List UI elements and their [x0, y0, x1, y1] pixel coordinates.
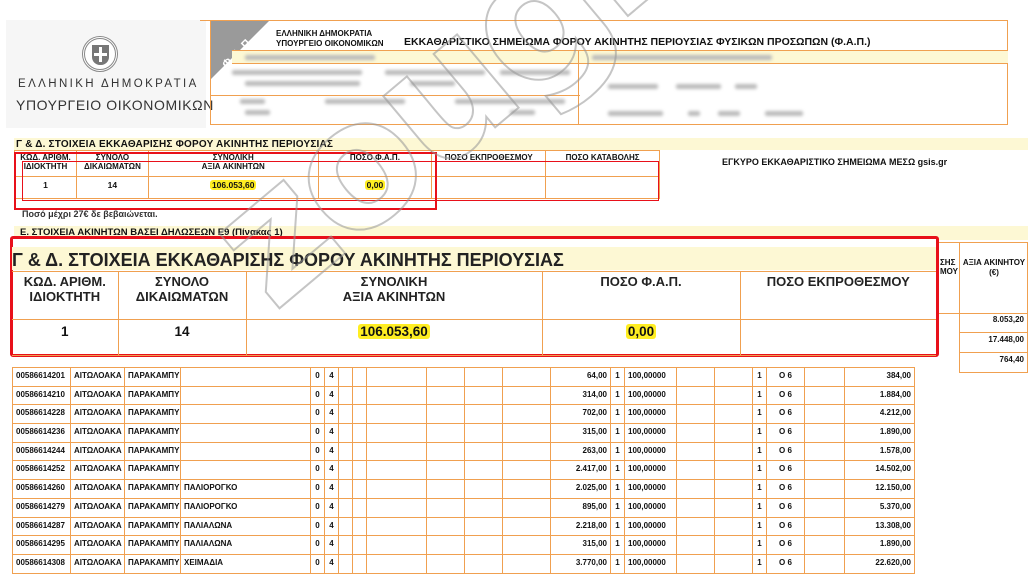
- redacted-field: [410, 81, 455, 86]
- empty-cell: [465, 368, 503, 387]
- redacted-field: [765, 111, 803, 116]
- empty-cell: [715, 368, 753, 387]
- zone: Ο 6: [767, 424, 805, 443]
- property-code: 00586614201: [13, 368, 71, 387]
- zone: Ο 6: [767, 405, 805, 424]
- municipality: ΠΑΡΑΚΑΜΠΥ: [125, 554, 181, 573]
- property-code: 00586614287: [13, 517, 71, 536]
- field-n2: 1: [753, 517, 767, 536]
- area: 2.025,00: [551, 480, 611, 499]
- empty-cell: [503, 368, 551, 387]
- empty-cell: [805, 554, 845, 573]
- field-n2: 1: [753, 442, 767, 461]
- empty-cell: [503, 424, 551, 443]
- empty-cell: [465, 386, 503, 405]
- properties-table: 00586614201ΑΙΤΩΛΟΑΚΑΠΑΡΑΚΑΜΠΥ0464,001100…: [12, 367, 915, 574]
- property-value: 13.308,00: [845, 517, 915, 536]
- empty-cell: [427, 480, 465, 499]
- field-a: 0: [311, 405, 325, 424]
- document-title: ΕΚΚΑΘΑΡΙΣΤΙΚΟ ΣΗΜΕΙΩΜΑ ΦΟΡΟΥ ΑΚΙΝΗΤΗΣ ΠΕ…: [404, 36, 871, 48]
- empty-cell: [465, 480, 503, 499]
- field-n2: 1: [753, 498, 767, 517]
- ownership-pct: 100,00000: [625, 461, 677, 480]
- valid-note: ΕΓΚΥΡΟ ΕΚΚΑΘΑΡΙΣΤΙΚΟ ΣΗΜΕΙΩΜΑ ΜΕΣΩ gsis.…: [722, 157, 947, 167]
- prefecture: ΑΙΤΩΛΟΑΚΑ: [71, 554, 125, 573]
- table-row: 00586614287ΑΙΤΩΛΟΑΚΑΠΑΡΑΚΑΜΠΥΠΑΛΙΑΛΩΝΑ04…: [13, 517, 915, 536]
- section-b-label-redacted: [592, 55, 772, 60]
- empty-cell: [677, 405, 715, 424]
- ownership-pct: 100,00000: [625, 405, 677, 424]
- empty-cell: [465, 424, 503, 443]
- top-values: 8.053,20 17.448,00 764,40: [938, 313, 1028, 373]
- table-row: 1 14 106.053,60 0,00: [12, 320, 936, 356]
- prefecture: ΑΙΤΩΛΟΑΚΑ: [71, 405, 125, 424]
- property-code: 00586614252: [13, 461, 71, 480]
- redacted-field: [500, 70, 570, 75]
- field-a: 0: [311, 517, 325, 536]
- prefecture: ΑΙΤΩΛΟΑΚΑ: [71, 536, 125, 555]
- field-n2: 1: [753, 536, 767, 555]
- table-row: 00586614210ΑΙΤΩΛΟΑΚΑΠΑΡΑΚΑΜΠΥ04314,00110…: [13, 386, 915, 405]
- empty-cell: [427, 368, 465, 387]
- logo-ministry-text: ΥΠΟΥΡΓΕΙΟ ΟΙΚΟΝΟΜΙΚΩΝ: [16, 97, 214, 113]
- field-b: 4: [325, 461, 339, 480]
- empty-cell: [503, 498, 551, 517]
- redacted-field: [240, 99, 265, 104]
- callout-settlement-table: ΚΩΔ. ΑΡΙΘΜ.ΙΔΙΟΚΤΗΤΗ ΣΥΝΟΛΟΔΙΚΑΙΩΜΑΤΩΝ Σ…: [12, 271, 936, 356]
- ownership-pct: 100,00000: [625, 386, 677, 405]
- empty-cell: [427, 424, 465, 443]
- field-n1: 1: [611, 517, 625, 536]
- table-row: 00586614308ΑΙΤΩΛΟΑΚΑΠΑΡΑΚΑΜΠΥΧΕΙΜΑΔΙΑ043…: [13, 554, 915, 573]
- ownership-pct: 100,00000: [625, 442, 677, 461]
- empty-cell: [677, 554, 715, 573]
- empty-cell: [805, 480, 845, 499]
- field-b: 4: [325, 498, 339, 517]
- area: 64,00: [551, 368, 611, 387]
- empty-cell: [465, 405, 503, 424]
- empty-cell: [677, 386, 715, 405]
- location: ΠΑΛΙΟΡΟΓΚΟ: [181, 480, 311, 499]
- empty-cell: [427, 536, 465, 555]
- empty-cell: [465, 536, 503, 555]
- empty-cell: [427, 498, 465, 517]
- empty-cell: [353, 461, 367, 480]
- redacted-field: [676, 84, 721, 89]
- zone: Ο 6: [767, 461, 805, 480]
- section-a-label-redacted: [245, 55, 375, 60]
- location: ΠΑΛΙΑΛΩΝΑ: [181, 536, 311, 555]
- empty-cell: [805, 442, 845, 461]
- field-b: 4: [325, 368, 339, 387]
- field-a: 0: [311, 442, 325, 461]
- field-a: 0: [311, 498, 325, 517]
- field-a: 0: [311, 424, 325, 443]
- field-n1: 1: [611, 405, 625, 424]
- empty-cell: [339, 424, 353, 443]
- empty-cell: [427, 405, 465, 424]
- table-row: 00586614279ΑΙΤΩΛΟΑΚΑΠΑΡΑΚΑΜΠΥΠΑΛΙΟΡΟΓΚΟ0…: [13, 498, 915, 517]
- municipality: ΠΑΡΑΚΑΜΠΥ: [125, 498, 181, 517]
- empty-cell: [367, 424, 427, 443]
- col-overdue-amount: ΠΟΣΟ ΕΚΠΡΟΘΕΣΜΟΥ: [740, 272, 936, 320]
- redacted-field: [510, 110, 535, 115]
- municipality: ΠΑΡΑΚΑΜΠΥ: [125, 536, 181, 555]
- area: 895,00: [551, 498, 611, 517]
- empty-cell: [503, 442, 551, 461]
- empty-cell: [715, 386, 753, 405]
- empty-cell: [339, 498, 353, 517]
- zone: Ο 6: [767, 368, 805, 387]
- field-n1: 1: [611, 424, 625, 443]
- empty-cell: [353, 517, 367, 536]
- zone: Ο 6: [767, 480, 805, 499]
- ownership-pct: 100,00000: [625, 498, 677, 517]
- field-n2: 1: [753, 386, 767, 405]
- empty-cell: [339, 368, 353, 387]
- col-property-value: ΑΞΙΑ ΑΚΙΝΗΤΟΥ (€): [961, 258, 1027, 278]
- empty-cell: [339, 442, 353, 461]
- empty-cell: [465, 442, 503, 461]
- property-value: 4.212,00: [845, 405, 915, 424]
- prefecture: ΑΙΤΩΛΟΑΚΑ: [71, 442, 125, 461]
- prefecture: ΑΙΤΩΛΟΑΚΑ: [71, 498, 125, 517]
- field-n1: 1: [611, 386, 625, 405]
- field-a: 0: [311, 461, 325, 480]
- field-n2: 1: [753, 368, 767, 387]
- empty-cell: [353, 368, 367, 387]
- zone: Ο 6: [767, 386, 805, 405]
- table-row: 00586614260ΑΙΤΩΛΟΑΚΑΠΑΡΑΚΑΜΠΥΠΑΛΙΟΡΟΓΚΟ0…: [13, 480, 915, 499]
- redacted-field: [245, 81, 360, 86]
- field-n1: 1: [611, 480, 625, 499]
- highlight-annotation: [22, 161, 659, 201]
- settlement-section-title: Γ & Δ. ΣΤΟΙΧΕΙΑ ΕΚΚΑΘΑΡΙΣΗΣ ΦΟΡΟΥ ΑΚΙΝΗΤ…: [16, 139, 333, 150]
- location: [181, 424, 311, 443]
- prefecture: ΑΙΤΩΛΟΑΚΑ: [71, 368, 125, 387]
- ownership-pct: 100,00000: [625, 368, 677, 387]
- empty-cell: [677, 480, 715, 499]
- field-n2: 1: [753, 480, 767, 499]
- empty-cell: [503, 405, 551, 424]
- empty-cell: [353, 442, 367, 461]
- location: [181, 461, 311, 480]
- property-value: 1.884,00: [845, 386, 915, 405]
- field-b: 4: [325, 517, 339, 536]
- field-b: 4: [325, 442, 339, 461]
- header-gov-line2: ΥΠΟΥΡΓΕΙΟ ΟΙΚΟΝΟΜΙΚΩΝ: [276, 39, 384, 49]
- fap-amount: 0,00: [626, 324, 656, 339]
- location: [181, 442, 311, 461]
- empty-cell: [465, 498, 503, 517]
- empty-cell: [339, 517, 353, 536]
- field-b: 4: [325, 536, 339, 555]
- prefecture: ΑΙΤΩΛΟΑΚΑ: [71, 480, 125, 499]
- empty-cell: [367, 442, 427, 461]
- empty-cell: [715, 442, 753, 461]
- area: 314,00: [551, 386, 611, 405]
- property-value: 14.502,00: [845, 461, 915, 480]
- property-value: 8.053,20: [959, 313, 1028, 333]
- property-code: 00586614236: [13, 424, 71, 443]
- empty-cell: [367, 517, 427, 536]
- empty-cell: [715, 554, 753, 573]
- field-b: 4: [325, 386, 339, 405]
- empty-cell: [715, 536, 753, 555]
- table-row: 00586614228ΑΙΤΩΛΟΑΚΑΠΑΡΑΚΑΜΠΥ04702,00110…: [13, 405, 915, 424]
- property-code: 00586614295: [13, 536, 71, 555]
- zone: Ο 6: [767, 442, 805, 461]
- ownership-pct: 100,00000: [625, 424, 677, 443]
- empty-cell: [339, 480, 353, 499]
- location: ΠΑΛΙΟΡΟΓΚΟ: [181, 498, 311, 517]
- empty-cell: [367, 480, 427, 499]
- col-owner-code: ΚΩΔ. ΑΡΙΘΜ.ΙΔΙΟΚΤΗΤΗ: [12, 272, 118, 320]
- prefecture: ΑΙΤΩΛΟΑΚΑ: [71, 386, 125, 405]
- property-value: 5.370,00: [845, 498, 915, 517]
- empty-cell: [805, 498, 845, 517]
- empty-cell: [367, 498, 427, 517]
- empty-cell: [465, 517, 503, 536]
- header-cell: [938, 242, 960, 314]
- property-value: 17.448,00: [959, 333, 1028, 353]
- total-value: 106.053,60: [358, 324, 430, 339]
- redacted-field: [245, 110, 270, 115]
- empty-cell: [805, 517, 845, 536]
- redacted-field: [325, 99, 405, 104]
- property-code: 00586614308: [13, 554, 71, 573]
- empty-cell: [427, 386, 465, 405]
- empty-cell: [677, 517, 715, 536]
- amount-note: Ποσό μέχρι 27€ δε βεβαιώνεται.: [22, 209, 158, 219]
- col-total-rights: ΣΥΝΟΛΟΔΙΚΑΙΩΜΑΤΩΝ: [118, 272, 246, 320]
- empty-cell: [353, 536, 367, 555]
- empty-cell: [677, 424, 715, 443]
- field-b: 4: [325, 480, 339, 499]
- table-row: 00586614244ΑΙΤΩΛΟΑΚΑΠΑΡΑΚΑΜΠΥ04263,00110…: [13, 442, 915, 461]
- field-n2: 1: [753, 424, 767, 443]
- table-row: 00586614236ΑΙΤΩΛΟΑΚΑΠΑΡΑΚΑΜΠΥ04315,00110…: [13, 424, 915, 443]
- field-n2: 1: [753, 554, 767, 573]
- area: 263,00: [551, 442, 611, 461]
- field-b: 4: [325, 405, 339, 424]
- total-rights: 14: [118, 320, 246, 356]
- callout-title: Γ & Δ. ΣΤΟΙΧΕΙΑ ΕΚΚΑΘΑΡΙΣΗΣ ΦΟΡΟΥ ΑΚΙΝΗΤ…: [12, 250, 564, 271]
- field-n1: 1: [611, 536, 625, 555]
- empty-cell: [715, 498, 753, 517]
- municipality: ΠΑΡΑΚΑΜΠΥ: [125, 386, 181, 405]
- ownership-pct: 100,00000: [625, 480, 677, 499]
- empty-cell: [677, 498, 715, 517]
- field-n1: 1: [611, 442, 625, 461]
- municipality: ΠΑΡΑΚΑΜΠΥ: [125, 480, 181, 499]
- empty-cell: [677, 536, 715, 555]
- empty-cell: [805, 405, 845, 424]
- location: ΧΕΙΜΑΔΙΑ: [181, 554, 311, 573]
- table-row: 00586614295ΑΙΤΩΛΟΑΚΑΠΑΡΑΚΑΜΠΥΠΑΛΙΑΛΩΝΑ04…: [13, 536, 915, 555]
- location: [181, 405, 311, 424]
- field-n1: 1: [611, 461, 625, 480]
- field-n1: 1: [611, 368, 625, 387]
- municipality: ΠΑΡΑΚΑΜΠΥ: [125, 368, 181, 387]
- redacted-field: [608, 111, 663, 116]
- ownership-pct: 100,00000: [625, 554, 677, 573]
- field-n1: 1: [611, 554, 625, 573]
- location: [181, 386, 311, 405]
- empty-cell: [427, 442, 465, 461]
- property-code: 00586614210: [13, 386, 71, 405]
- area: 2.417,00: [551, 461, 611, 480]
- empty-cell: [503, 517, 551, 536]
- field-a: 0: [311, 386, 325, 405]
- field-n2: 1: [753, 461, 767, 480]
- empty-cell: [503, 461, 551, 480]
- empty-cell: [367, 554, 427, 573]
- col-total-value: ΣΥΝΟΛΙΚΗΑΞΙΑ ΑΚΙΝΗΤΩΝ: [246, 272, 542, 320]
- municipality: ΠΑΡΑΚΑΜΠΥ: [125, 424, 181, 443]
- property-value: 764,40: [959, 353, 1028, 373]
- header-cell: [959, 242, 1028, 314]
- property-value: 1.578,00: [845, 442, 915, 461]
- property-value: 22.620,00: [845, 554, 915, 573]
- redacted-field: [232, 70, 362, 75]
- ownership-pct: 100,00000: [625, 536, 677, 555]
- property-code: 00586614228: [13, 405, 71, 424]
- field-n1: 1: [611, 498, 625, 517]
- empty-cell: [339, 554, 353, 573]
- area: 315,00: [551, 424, 611, 443]
- empty-cell: [805, 368, 845, 387]
- municipality: ΠΑΡΑΚΑΜΠΥ: [125, 461, 181, 480]
- municipality: ΠΑΡΑΚΑΜΠΥ: [125, 517, 181, 536]
- location: [181, 368, 311, 387]
- field-b: 4: [325, 424, 339, 443]
- zone: Ο 6: [767, 536, 805, 555]
- col-fap-amount: ΠΟΣΟ Φ.Α.Π.: [542, 272, 740, 320]
- empty-cell: [353, 480, 367, 499]
- empty-cell: [353, 554, 367, 573]
- empty-cell: [353, 498, 367, 517]
- empty-cell: [715, 480, 753, 499]
- property-value: 1.890,00: [845, 536, 915, 555]
- municipality: ΠΑΡΑΚΑΜΠΥ: [125, 442, 181, 461]
- header-government: ΕΛΛΗΝΙΚΗ ΔΗΜΟΚΡΑΤΙΑ ΥΠΟΥΡΓΕΙΟ ΟΙΚΟΝΟΜΙΚΩ…: [276, 29, 384, 49]
- empty-cell: [367, 386, 427, 405]
- empty-cell: [353, 424, 367, 443]
- empty-cell: [715, 461, 753, 480]
- table-row: 00586614201ΑΙΤΩΛΟΑΚΑΠΑΡΑΚΑΜΠΥ0464,001100…: [13, 368, 915, 387]
- empty-cell: [339, 461, 353, 480]
- empty-cell: [353, 386, 367, 405]
- field-a: 0: [311, 368, 325, 387]
- prefecture: ΑΙΤΩΛΟΑΚΑ: [71, 517, 125, 536]
- redacted-field: [718, 111, 740, 116]
- empty-cell: [805, 461, 845, 480]
- prefecture: ΑΙΤΩΛΟΑΚΑ: [71, 461, 125, 480]
- municipality: ΠΑΡΑΚΑΜΠΥ: [125, 405, 181, 424]
- field-n2: 1: [753, 405, 767, 424]
- empty-cell: [465, 461, 503, 480]
- field-b: 4: [325, 554, 339, 573]
- empty-cell: [503, 480, 551, 499]
- property-code: 00586614279: [13, 498, 71, 517]
- empty-cell: [427, 461, 465, 480]
- area: 702,00: [551, 405, 611, 424]
- field-a: 0: [311, 480, 325, 499]
- ownership-pct: 100,00000: [625, 517, 677, 536]
- empty-cell: [503, 536, 551, 555]
- divider: [210, 95, 580, 96]
- location: ΠΑΛΙΑΛΩΝΑ: [181, 517, 311, 536]
- redacted-field: [608, 84, 658, 89]
- empty-cell: [367, 405, 427, 424]
- empty-cell: [465, 554, 503, 573]
- empty-cell: [715, 517, 753, 536]
- empty-cell: [715, 424, 753, 443]
- redacted-field: [735, 84, 757, 89]
- empty-cell: [715, 405, 753, 424]
- empty-cell: [339, 405, 353, 424]
- empty-cell: [427, 517, 465, 536]
- empty-cell: [353, 405, 367, 424]
- prefecture: ΑΙΤΩΛΟΑΚΑ: [71, 424, 125, 443]
- zone: Ο 6: [767, 554, 805, 573]
- logo-republic-text: ΕΛΛΗΝΙΚΗ ΔΗΜΟΚΡΑΤΙΑ: [18, 78, 199, 90]
- empty-cell: [339, 536, 353, 555]
- property-code: 00586614244: [13, 442, 71, 461]
- divider: [200, 20, 210, 21]
- redacted-field: [455, 99, 565, 104]
- redacted-field: [688, 111, 700, 116]
- property-code: 00586614260: [13, 480, 71, 499]
- zone: Ο 6: [767, 517, 805, 536]
- empty-cell: [503, 386, 551, 405]
- table-row: 00586614252ΑΙΤΩΛΟΑΚΑΠΑΡΑΚΑΜΠΥ042.417,001…: [13, 461, 915, 480]
- zone: Ο 6: [767, 498, 805, 517]
- greek-coat-of-arms-icon: [82, 36, 118, 72]
- empty-cell: [367, 536, 427, 555]
- owner-code: 1: [12, 320, 118, 356]
- area: 2.218,00: [551, 517, 611, 536]
- field-a: 0: [311, 536, 325, 555]
- property-value: 12.150,00: [845, 480, 915, 499]
- redacted-field: [385, 70, 485, 75]
- property-value: 384,00: [845, 368, 915, 387]
- overdue-amount: [740, 320, 936, 356]
- empty-cell: [677, 368, 715, 387]
- empty-cell: [805, 536, 845, 555]
- header-gov-line1: ΕΛΛΗΝΙΚΗ ΔΗΜΟΚΡΑΤΙΑ: [276, 29, 384, 39]
- area: 315,00: [551, 536, 611, 555]
- empty-cell: [805, 424, 845, 443]
- empty-cell: [677, 461, 715, 480]
- empty-cell: [805, 386, 845, 405]
- divider: [578, 50, 579, 125]
- area: 3.770,00: [551, 554, 611, 573]
- empty-cell: [339, 386, 353, 405]
- field-a: 0: [311, 554, 325, 573]
- empty-cell: [427, 554, 465, 573]
- empty-cell: [503, 554, 551, 573]
- empty-cell: [677, 442, 715, 461]
- empty-cell: [367, 368, 427, 387]
- empty-cell: [367, 461, 427, 480]
- property-value: 1.890,00: [845, 424, 915, 443]
- col-partial-header: ΣΗΣ ΜΟΥ: [940, 258, 960, 276]
